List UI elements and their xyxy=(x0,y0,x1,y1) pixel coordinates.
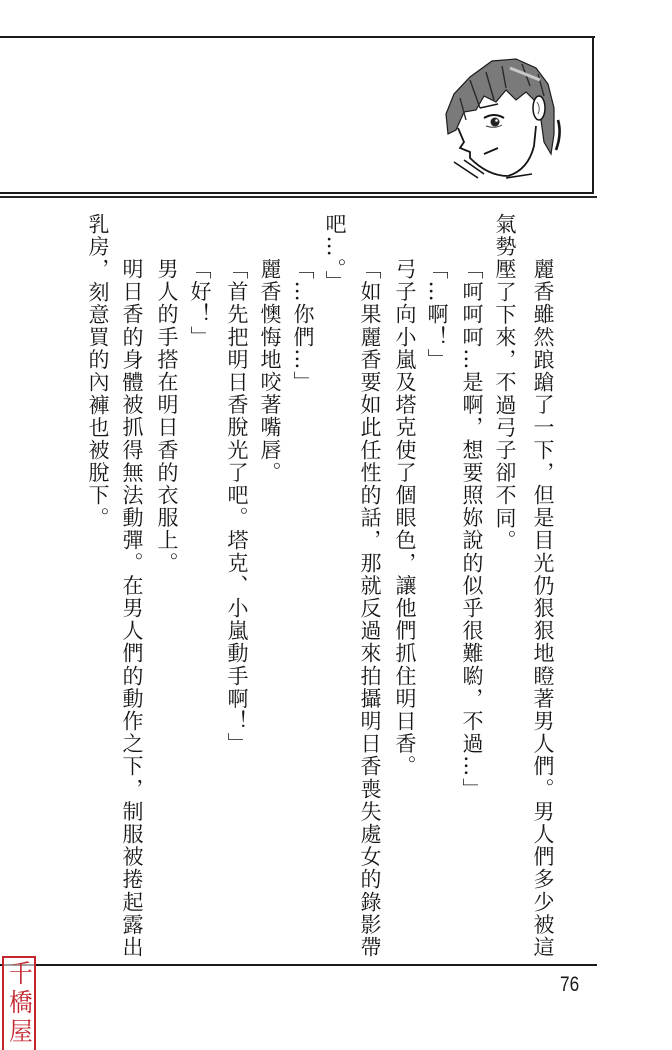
header-frame-right-rule xyxy=(592,36,594,194)
face-outline xyxy=(458,126,536,176)
text-column-7: 吧…。」 xyxy=(324,213,346,293)
header-frame-bottom-double-rule xyxy=(0,196,597,198)
text-column-6: 「如果麗香要如此任性的話，那就反過來拍攝明日香喪失處女的錄影帶 xyxy=(359,258,381,959)
header-frame-bottom-rule xyxy=(0,192,594,194)
seal-stamp-text: 千橋屋 xyxy=(7,960,32,1047)
character-portrait-illustration xyxy=(440,50,570,182)
eye xyxy=(484,115,504,118)
text-column-13: 明日香的身體被抓得無法動彈。在男人們的動作之下，制服被捲起露出 xyxy=(121,258,143,959)
footer-rule xyxy=(0,964,597,966)
text-column-4: 「…啊！」 xyxy=(426,258,448,371)
text-column-3: 「呵呵呵…是啊，想要照妳說的似乎很難喲，不過…」 xyxy=(461,258,483,800)
text-column-2: 氣勢壓了下來，不過弓子卻不同。 xyxy=(494,213,516,552)
header-frame-top-rule xyxy=(0,36,595,38)
text-column-12: 男人的手搭在明日香的衣服上。 xyxy=(156,258,178,574)
text-column-11: 「好！」 xyxy=(189,258,211,348)
page-number: 76 xyxy=(560,973,579,997)
scanner-seal-stamp: 千橋屋 xyxy=(2,956,36,1050)
text-column-9: 麗香懊悔地咬著嘴唇。 xyxy=(259,258,281,484)
text-column-10: 「首先把明日香脫光了吧。塔克、小嵐動手啊！」 xyxy=(226,258,248,755)
text-column-8: 「…你們…」 xyxy=(292,258,314,394)
text-column-5: 弓子向小嵐及塔克使了個眼色，讓他們抓住明日香。 xyxy=(394,258,416,778)
text-column-1: 麗香雖然踉蹌了一下，但是目光仍狠狠地瞪著男人們。男人們多少被這 xyxy=(532,258,554,959)
text-column-14: 乳房，刻意買的內褲也被脫下。 xyxy=(87,213,109,529)
mouth xyxy=(484,148,498,154)
